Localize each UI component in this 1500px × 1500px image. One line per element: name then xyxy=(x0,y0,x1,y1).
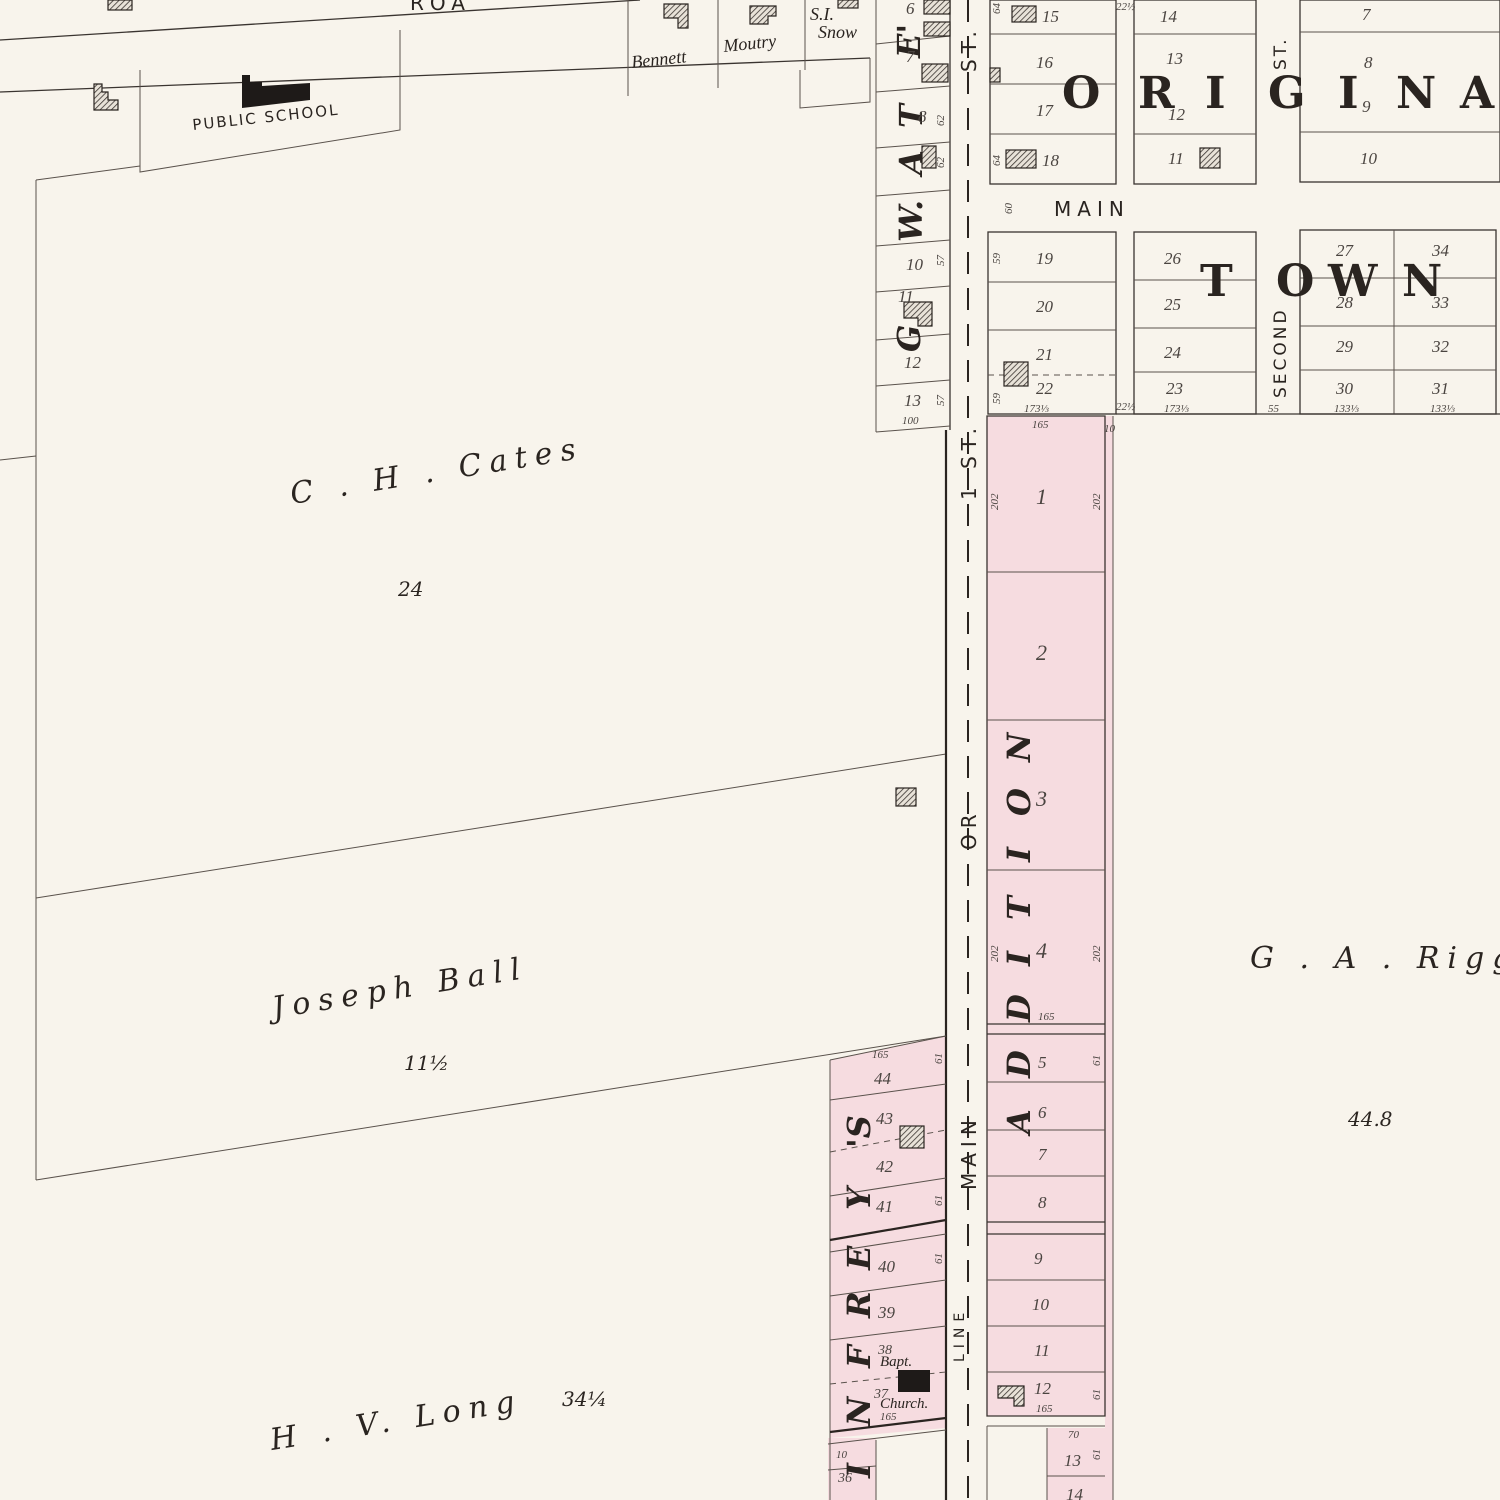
dimension: 173⅓ xyxy=(1024,403,1050,415)
lot-number: 30 xyxy=(1335,379,1354,398)
owner-snow: Snow xyxy=(818,22,857,42)
lot-number: 40 xyxy=(878,1257,896,1276)
dimension: 61 xyxy=(933,1253,945,1264)
addition-strip xyxy=(1105,416,1113,1500)
winfrey-title-r: R xyxy=(840,1291,878,1319)
lot-number: 39 xyxy=(877,1303,896,1322)
dimension: 165 xyxy=(1036,1403,1053,1415)
lot-number: 42 xyxy=(876,1157,894,1176)
dimension: 165 xyxy=(1032,419,1049,431)
lot-number: 14 xyxy=(1160,7,1178,26)
dimension: 100 xyxy=(902,415,919,427)
lot-number: 6 xyxy=(906,0,915,18)
lot-number: 12 xyxy=(1034,1379,1052,1398)
original-title-a: A xyxy=(1459,68,1495,119)
dimension: 202 xyxy=(989,493,1001,510)
winfrey-title-f: F xyxy=(840,1343,878,1369)
addition-title-n: N xyxy=(1000,731,1038,763)
street-label-first: 1 ST. xyxy=(957,422,981,500)
lot-number: 11 xyxy=(1034,1341,1050,1360)
dimension: 64 xyxy=(991,3,1003,15)
dimension: 64 xyxy=(991,155,1003,167)
dimension: 60 xyxy=(1003,203,1015,215)
dimension: 70 xyxy=(1068,1429,1080,1441)
dimension: 61 xyxy=(1091,1055,1103,1066)
street-label-or: OR xyxy=(957,808,981,850)
winfrey-title-e: E xyxy=(840,1245,878,1271)
lot-number: 10 xyxy=(1032,1295,1050,1314)
lot-number: 10 xyxy=(1360,149,1378,168)
lot-number: 5 xyxy=(1038,1053,1047,1072)
addition-title-o: O xyxy=(1000,788,1038,816)
dimension: 59 xyxy=(991,253,1003,265)
street-label-main: MAIN xyxy=(957,1114,981,1190)
dimension: 173⅓ xyxy=(1164,403,1190,415)
owner-snow-initials: S.I. xyxy=(810,4,834,24)
lot-number: 8 xyxy=(1038,1193,1047,1212)
town-title-o: O xyxy=(1276,256,1314,307)
lot-number: 12 xyxy=(904,353,922,372)
lot-number: 11 xyxy=(898,287,914,306)
lot-number: 2 xyxy=(1036,640,1047,665)
lot-number: 20 xyxy=(1036,297,1054,316)
dimension: 61 xyxy=(1091,1449,1103,1460)
owner-bennett: Bennett xyxy=(630,46,688,72)
lot-number: 31 xyxy=(1431,379,1449,398)
lot-number: 19 xyxy=(1036,249,1054,268)
lot-number: 11 xyxy=(1168,149,1184,168)
addition-title-i2: I xyxy=(1000,950,1038,967)
lot-number: 13 xyxy=(904,391,921,410)
lot-number: 10 xyxy=(906,255,924,274)
lot-number: 18 xyxy=(1042,151,1060,170)
lot-number: 21 xyxy=(1036,345,1053,364)
tate-title-a: A xyxy=(892,150,930,178)
street-label-line: LINE xyxy=(952,1307,968,1362)
acreage-ball: 11½ xyxy=(404,1051,449,1075)
road-label: ROA xyxy=(410,0,471,15)
dimension: 22½ xyxy=(1116,401,1135,413)
lot-number: 29 xyxy=(1336,337,1354,356)
dimension: 61 xyxy=(1091,1389,1103,1400)
acreage-riggs: 44.8 xyxy=(1347,1107,1393,1131)
tate-title-w: W. xyxy=(892,200,930,242)
original-title-i2: I xyxy=(1338,68,1359,119)
plat-map: PUBLIC SCHOOL ROA Bennett Moutry S.I. Sn… xyxy=(0,0,1500,1500)
addition-title-i: I xyxy=(1000,846,1038,863)
lot-number: 6 xyxy=(1038,1103,1047,1122)
lot-number: 41 xyxy=(876,1197,893,1216)
dimension: 202 xyxy=(1091,945,1103,962)
lot-number: 9 xyxy=(1362,97,1371,116)
lot-number: 7 xyxy=(1362,5,1372,24)
dimension: 62 xyxy=(935,115,947,127)
dimension: 55 xyxy=(1268,403,1280,415)
original-title-g: G xyxy=(1268,68,1306,119)
dimension: 59 xyxy=(991,393,1003,405)
owner-long: H . V. Long xyxy=(267,1383,525,1458)
original-title-o: O xyxy=(1062,68,1100,119)
dimension: 61 xyxy=(933,1053,945,1064)
lot-number: 13 xyxy=(1064,1451,1081,1470)
building-icon xyxy=(664,4,688,28)
dimension: 57 xyxy=(935,255,947,267)
winfrey-title-s: 'S xyxy=(840,1115,878,1148)
dimension: 133⅓ xyxy=(1334,403,1360,415)
northwest-parcels xyxy=(0,0,946,1500)
addition-title-a: A xyxy=(1000,1109,1038,1137)
second-street-suffix: ST. xyxy=(1271,36,1291,70)
acreage-long: 34¼ xyxy=(562,1387,607,1411)
lot-number: 23 xyxy=(1166,379,1183,398)
church-label-church: Church. xyxy=(880,1396,928,1412)
dimension: 202 xyxy=(1091,493,1103,510)
original-title-n: N xyxy=(1396,68,1436,119)
lot-number: 22 xyxy=(1036,379,1054,398)
lot-number: 1 xyxy=(1036,484,1047,509)
lot-number: 43 xyxy=(876,1109,893,1128)
addition-title-t: T xyxy=(1000,894,1038,920)
lot-number: 25 xyxy=(1164,295,1181,314)
lot-number: 33 xyxy=(1431,293,1449,312)
lot-number: 12 xyxy=(1168,105,1186,124)
lot-number: 34 xyxy=(1431,241,1450,260)
lot-number: 17 xyxy=(1036,101,1055,120)
dimension: 62 xyxy=(935,157,947,169)
lot-number: 28 xyxy=(1336,293,1354,312)
owner-cates: C . H . Cates xyxy=(288,431,586,512)
lot-number: 44 xyxy=(874,1069,892,1088)
dimension: 133⅓ xyxy=(1430,403,1456,415)
lot-number: 16 xyxy=(1036,53,1054,72)
winfrey-title-i: I xyxy=(840,1462,878,1479)
winfrey-title-n: N xyxy=(840,1395,878,1427)
building-icon xyxy=(750,6,776,24)
lot-number: 24 xyxy=(1164,343,1182,362)
dimension: 10 xyxy=(836,1449,848,1461)
dimension: 165 xyxy=(872,1049,889,1061)
dimension: 165 xyxy=(880,1411,897,1423)
lot-number: 32 xyxy=(1431,337,1450,356)
public-school-label: PUBLIC SCHOOL xyxy=(192,101,341,134)
lot-number: 27 xyxy=(1336,241,1355,260)
owner-moutry: Moutry xyxy=(721,31,777,57)
street-label-st: ST. xyxy=(957,25,981,72)
dimension: 10 xyxy=(1104,423,1116,435)
dimension: 61 xyxy=(933,1195,945,1206)
lot-number: 8 xyxy=(918,107,927,126)
building-icon xyxy=(108,0,132,10)
owner-ball: Joseph Ball xyxy=(264,951,531,1027)
building-icon xyxy=(896,788,916,806)
acreage-cates: 24 xyxy=(397,577,423,601)
town-title-t: T xyxy=(1200,256,1233,307)
dimension: 22½ xyxy=(1116,1,1135,13)
lot-number: 9 xyxy=(1034,1249,1043,1268)
second-street-label: SECOND xyxy=(1271,307,1291,398)
dimension: 57 xyxy=(935,395,947,407)
building-icon xyxy=(838,0,858,8)
owner-riggs: G . A . Rigg xyxy=(1250,941,1500,976)
church-label-bapt: Bapt. xyxy=(880,1354,912,1370)
lot-number: 14 xyxy=(1066,1485,1084,1500)
tate-title-g: G xyxy=(890,325,928,352)
dimension: 165 xyxy=(1038,1011,1055,1023)
main-street-label: MAIN xyxy=(1054,197,1130,221)
original-title-i: I xyxy=(1205,68,1226,119)
winfrey-title-y: Y xyxy=(840,1184,878,1210)
lot-number: 8 xyxy=(1364,53,1373,72)
addition-title-d: D xyxy=(1000,994,1038,1023)
addition-title-d2: D xyxy=(1000,1050,1038,1079)
lot-number: 26 xyxy=(1164,249,1182,268)
lot-number: 13 xyxy=(1166,49,1183,68)
lot-number: 15 xyxy=(1042,7,1059,26)
